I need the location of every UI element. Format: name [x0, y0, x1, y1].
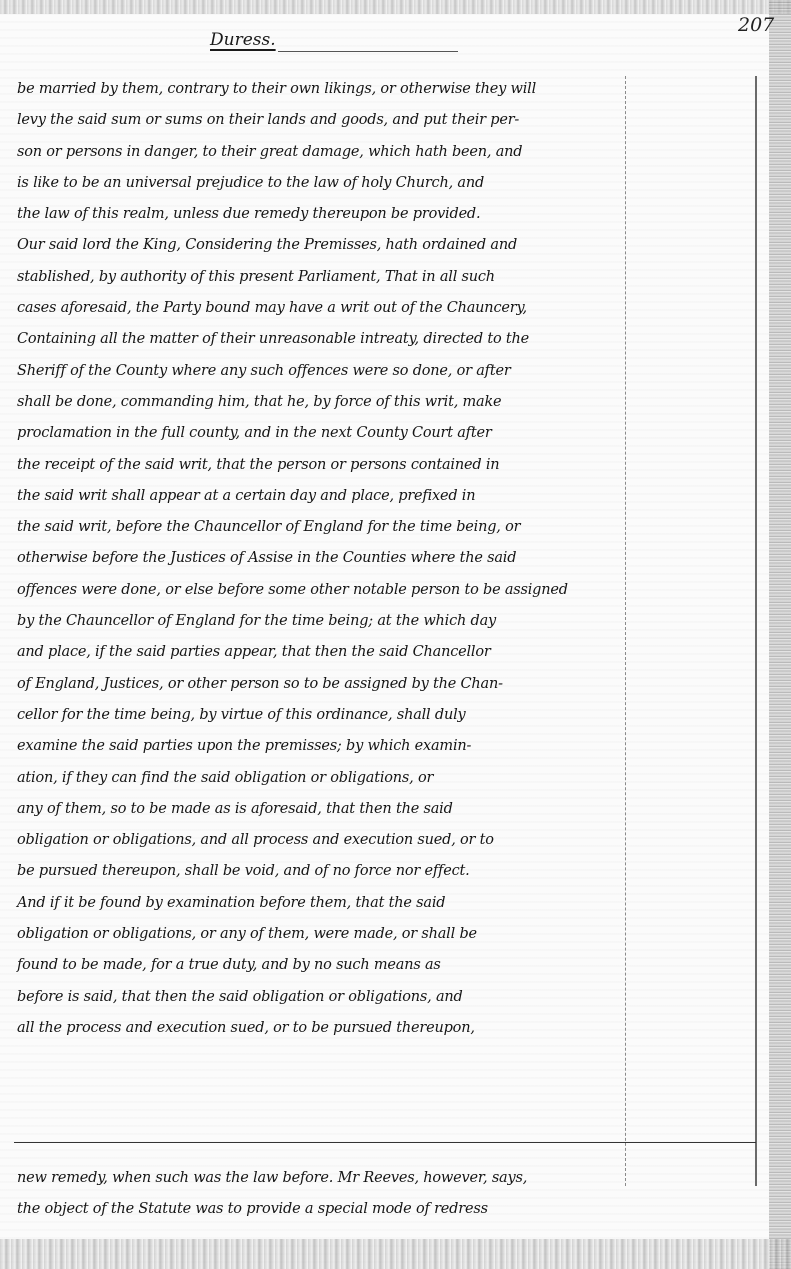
text-line: levy the said sum or sums on their lands… — [17, 104, 622, 135]
text-line: ation, if they can find the said obligat… — [17, 762, 622, 793]
page-heading: Duress. — [210, 30, 276, 50]
text-line: the said writ, before the Chauncellor of… — [17, 511, 622, 542]
text-line: obligation or obligations, and all proce… — [17, 824, 622, 855]
continuation-text: new remedy, when such was the law before… — [17, 1162, 757, 1225]
text-line: by the Chauncellor of England for the ti… — [17, 605, 622, 636]
text-line: the receipt of the said writ, that the p… — [17, 449, 622, 480]
text-line: offences were done, or else before some … — [17, 574, 622, 605]
text-line: the law of this realm, unless due remedy… — [17, 198, 622, 229]
text-line: of England, Justices, or other person so… — [17, 668, 622, 699]
text-line: any of them, so to be made as is aforesa… — [17, 793, 622, 824]
text-line: all the process and execution sued, or t… — [17, 1012, 622, 1043]
text-line: proclamation in the full county, and in … — [17, 417, 622, 448]
manuscript-page: 207 Duress. be married by them, contrary… — [0, 0, 791, 1269]
margin-rule-outer — [755, 76, 758, 1186]
text-line: cases aforesaid, the Party bound may hav… — [17, 292, 622, 323]
text-line: stablished, by authority of this present… — [17, 261, 622, 292]
text-line: found to be made, for a true duty, and b… — [17, 949, 622, 980]
text-line: son or persons in danger, to their great… — [17, 136, 622, 167]
text-line: cellor for the time being, by virtue of … — [17, 699, 622, 730]
page-number: 207 — [738, 14, 774, 36]
scan-right-edge — [769, 0, 791, 1269]
text-line: Our said lord the King, Considering the … — [17, 229, 622, 260]
text-line: is like to be an universal prejudice to … — [17, 167, 622, 198]
text-line: and place, if the said parties appear, t… — [17, 636, 622, 667]
scan-bottom-edge — [0, 1239, 791, 1269]
text-line: be married by them, contrary to their ow… — [17, 73, 622, 104]
text-line: before is said, that then the said oblig… — [17, 981, 622, 1012]
scan-top-edge — [0, 0, 791, 14]
heading-underline — [278, 51, 458, 52]
text-line: And if it be found by examination before… — [17, 887, 622, 918]
text-line: obligation or obligations, or any of the… — [17, 918, 622, 949]
text-line: the object of the Statute was to provide… — [17, 1193, 752, 1224]
text-line: Sheriff of the County where any such off… — [17, 355, 622, 386]
manuscript-body: be married by them, contrary to their ow… — [17, 73, 627, 1043]
section-divider — [14, 1142, 756, 1143]
text-line: be pursued thereupon, shall be void, and… — [17, 855, 622, 886]
text-line: the said writ shall appear at a certain … — [17, 480, 622, 511]
text-line: examine the said parties upon the premis… — [17, 730, 622, 761]
text-line: new remedy, when such was the law before… — [17, 1162, 752, 1193]
text-line: Containing all the matter of their unrea… — [17, 323, 622, 354]
text-line: otherwise before the Justices of Assise … — [17, 542, 622, 573]
text-line: shall be done, commanding him, that he, … — [17, 386, 622, 417]
